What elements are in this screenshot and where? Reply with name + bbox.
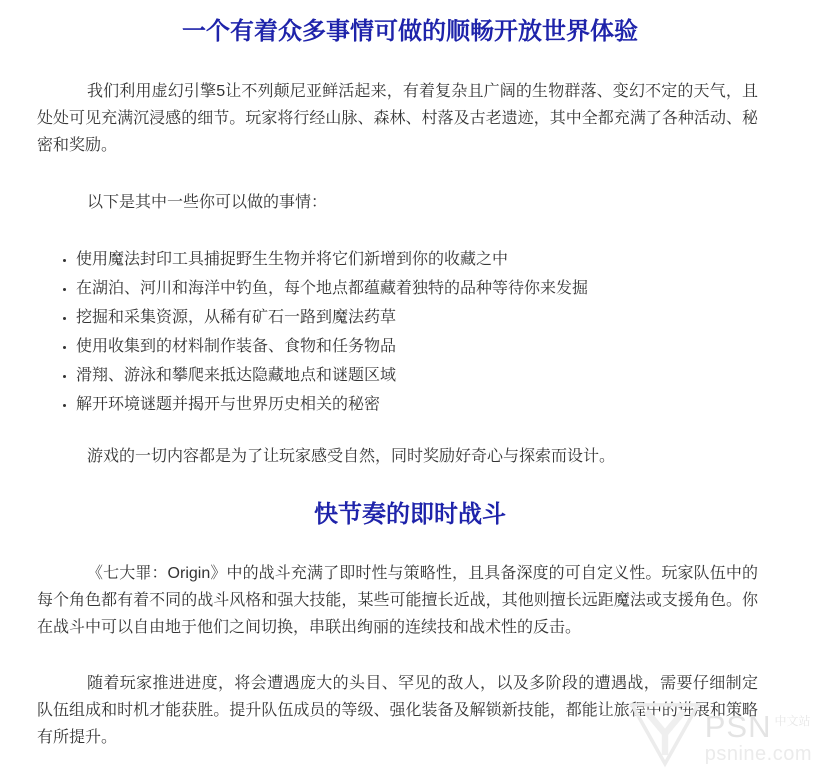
list-item: 使用魔法封印工具捕捉野生生物并将它们新增到你的收藏之中 xyxy=(76,245,758,274)
paragraph-design-philosophy: 游戏的一切内容都是为了让玩家感受自然，同时奖励好奇心与探索而设计。 xyxy=(37,443,758,470)
paragraph-progression: 随着玩家推进进度，将会遭遇庞大的头目、罕见的敌人，以及多阶段的遭遇战，需要仔细制… xyxy=(37,670,758,751)
section-heading-open-world: 一个有着众多事情可做的顺畅开放世界体验 xyxy=(37,15,783,49)
list-item: 使用收集到的材料制作装备、食物和任务物品 xyxy=(76,332,758,361)
list-item: 解开环境谜题并揭开与世界历史相关的秘密 xyxy=(76,390,758,419)
list-item: 挖掘和采集资源，从稀有矿石一路到魔法药草 xyxy=(76,303,758,332)
list-item: 在湖泊、河川和海洋中钓鱼，每个地点都蕴藏着独特的品种等待你来发掘 xyxy=(76,274,758,303)
section-heading-combat: 快节奏的即时战斗 xyxy=(37,498,783,532)
watermark-site-tag: 中文站 xyxy=(774,715,810,727)
feature-list: 使用魔法封印工具捕捉野生生物并将它们新增到你的收藏之中 在湖泊、河川和海洋中钓鱼… xyxy=(37,245,758,419)
paragraph-open-world-intro: 我们利用虚幻引擎5让不列颠尼亚鲜活起来，有着复杂且广阔的生物群落、变幻不定的天气… xyxy=(37,78,758,159)
article-page: 一个有着众多事情可做的顺畅开放世界体验 我们利用虚幻引擎5让不列颠尼亚鲜活起来，… xyxy=(0,0,820,781)
list-item: 滑翔、游泳和攀爬来抵达隐藏地点和谜题区域 xyxy=(76,361,758,390)
paragraph-combat-overview: 《七大罪：Origin》中的战斗充满了即时性与策略性，且具备深度的可自定义性。玩… xyxy=(37,560,758,641)
paragraph-things-to-do-lead: 以下是其中一些你可以做的事情： xyxy=(37,189,758,216)
